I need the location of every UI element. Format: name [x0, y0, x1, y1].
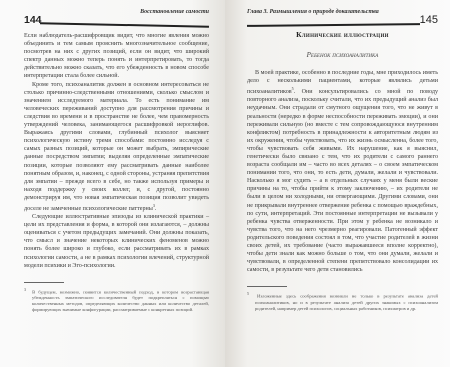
page-body: Если наблюдатель-расшифровщик видит, что…: [24, 32, 209, 270]
right-page: Глава 3. Размышления о природе доказател…: [225, 0, 450, 367]
footnote: 5 Изложенные здесь соображения возникли …: [247, 291, 438, 312]
book-spread: 144 Восстановление самости Если наблюдат…: [0, 0, 450, 367]
running-head: Глава 3. Размышления о природе доказател…: [247, 9, 379, 15]
paragraph: Если наблюдатель-расшифровщик видит, что…: [24, 32, 209, 81]
footnote-divider: [24, 282, 64, 283]
paragraph: Кроме того, психоаналитик должен в основ…: [24, 81, 209, 214]
section-title: Клинические иллюстрации: [247, 30, 438, 39]
page-header: 144 Восстановление самости: [24, 0, 209, 28]
page-number: 144: [24, 14, 42, 26]
paragraph: Следующие иллюстративные эпизоды из клин…: [24, 213, 209, 270]
header-rule: [40, 22, 209, 27]
page-body: В моей практике, особенно в последние го…: [247, 69, 438, 274]
subsection-title: Ребенок психоаналитика: [247, 51, 438, 59]
running-head: Восстановление самости: [140, 9, 209, 15]
page-number: 145: [420, 14, 438, 26]
footnote-ref: 3: [153, 203, 155, 208]
footnote-divider: [247, 286, 287, 287]
header-rule: [247, 23, 420, 26]
footnote: 3 В будущем, возможно, появится количест…: [24, 287, 209, 314]
paragraph: В моей практике, особенно в последние го…: [247, 69, 438, 274]
left-page: 144 Восстановление самости Если наблюдат…: [0, 0, 225, 367]
page-header: Глава 3. Размышления о природе доказател…: [247, 0, 438, 28]
